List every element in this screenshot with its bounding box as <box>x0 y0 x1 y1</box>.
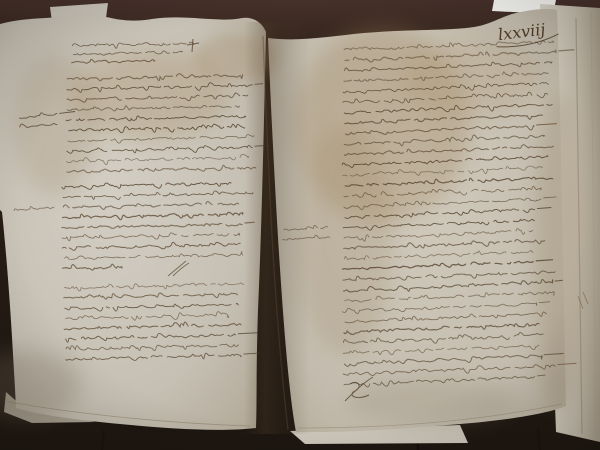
vignette-overlay <box>0 0 600 450</box>
manuscript-photo: lxxviij <box>0 0 600 450</box>
manuscript-scene: lxxviij <box>0 0 600 450</box>
